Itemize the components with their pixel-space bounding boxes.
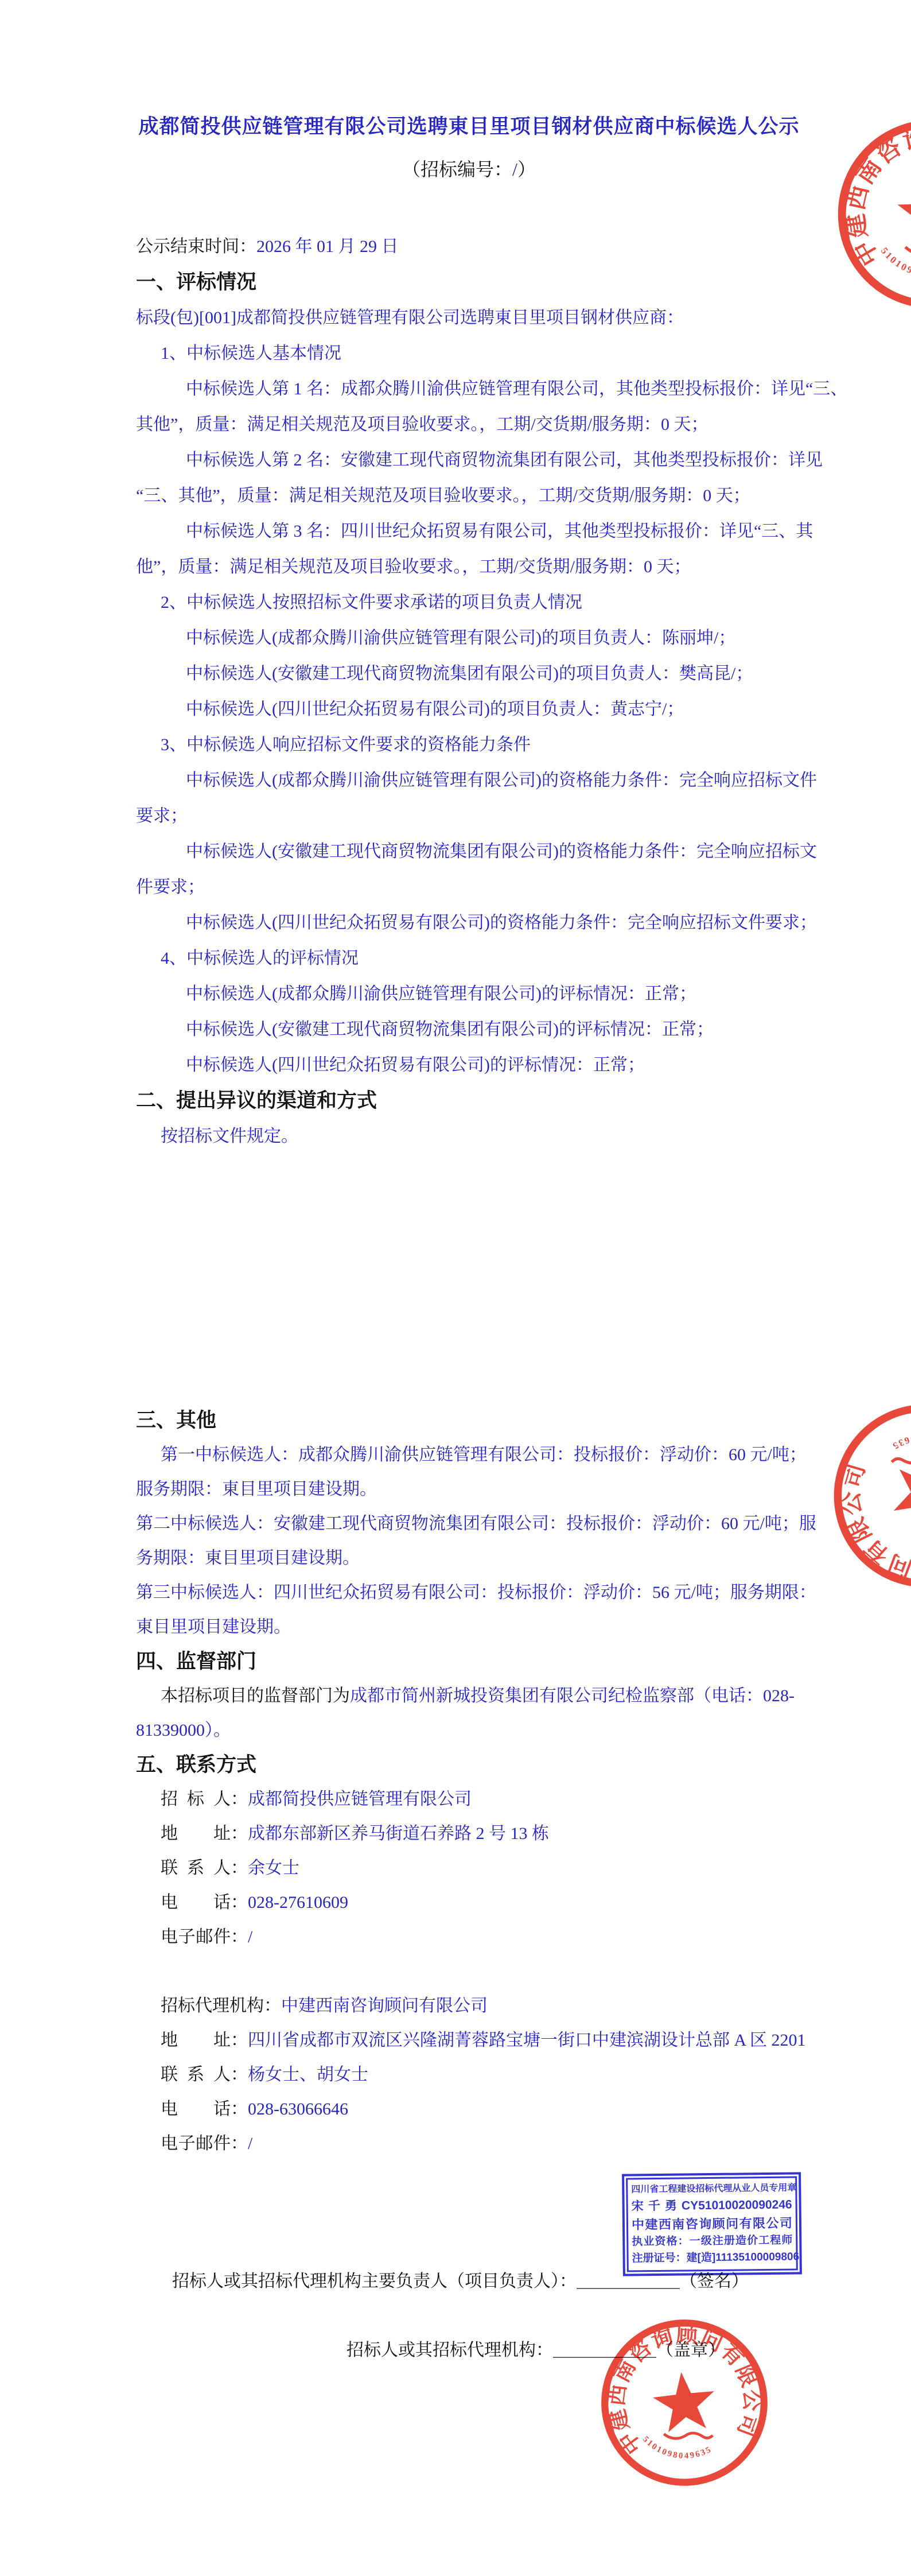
blank-line — [136, 1261, 802, 1297]
supervision-line: 本招标项目的监督部门为成都市简州新城投资集团有限公司纪检监察部（电话：028- — [136, 1679, 802, 1713]
text-run: ＿＿＿＿＿＿ — [553, 2341, 656, 2360]
agency: 招标代理机构：中建西南咨询顾问有限公司 — [136, 1989, 802, 2023]
blank-line — [136, 2299, 802, 2333]
text-run: 第一中标候选人：成都众腾川渝供应链管理有限公司：投标报价：浮动价：60 元/吨； — [161, 1445, 807, 1464]
tenderer: 招标人：成都简投供应链管理有限公司 — [136, 1782, 802, 1817]
text-run: “三、其他”，质量：满足相关规范及项目验收要求。，工期/交货期/服务期：0 天； — [136, 486, 750, 505]
announcement-page: 中建西南咨询顾问有限公司 5101098049635 成都简投供应链管理有限公司… — [0, 0, 911, 2576]
blank-line — [136, 1954, 802, 1989]
doc-line: 第一中标候选人：成都众腾川渝供应链管理有限公司：投标报价：浮动价：60 元/吨； — [136, 1438, 802, 1472]
blue-stamp-person-id: 宋 千 勇 CY51010020090246 — [632, 2198, 792, 2213]
doc-line: 中标候选人(安徽建工现代商贸物流集团有限公司)的评标情况：正常； — [136, 1012, 802, 1048]
doc-line: 他”，质量：满足相关规范及项目验收要求。，工期/交货期/服务期：0 天； — [136, 549, 802, 585]
text-run: 他”，质量：满足相关规范及项目验收要求。，工期/交货期/服务期：0 天； — [136, 557, 691, 576]
doc-line: 第三中标候选人：四川世纪众拓贸易有限公司：投标报价：浮动价：56 元/吨；服务期… — [136, 1576, 802, 1610]
doc-line: 中标候选人(成都众腾川渝供应链管理有限公司)的项目负责人：陈丽坤/； — [136, 620, 802, 656]
text-run: 二、提出异议的渠道和方式 — [136, 1089, 377, 1112]
section-1-heading: 一、评标情况 — [136, 265, 802, 300]
tender-number-value: / — [512, 159, 517, 180]
text-run: 标段(包)[001]成都简投供应链管理有限公司选聘東目里项目钢材供应商： — [136, 308, 684, 327]
blue-stamp-reg-no: 注册证号：建[造]11135100009806 — [632, 2252, 793, 2265]
text-run: 中标候选人(成都众腾川渝供应链管理有限公司)的评标情况：正常； — [186, 984, 696, 1003]
text-run: 中标候选人第 2 名：安徽建工现代商贸物流集团有限公司，其他类型投标报价：详见 — [186, 451, 823, 470]
agency-address: 地址：四川省成都市双流区兴隆湖菁蓉路宝塘一街口中建滨湖设计总部 A 区 2201 — [136, 2023, 802, 2058]
agency-email-label: 电子邮件 — [161, 2127, 231, 2161]
tenderer-contact-label: 联系人 — [161, 1851, 231, 1886]
text-run: 要求； — [136, 806, 188, 825]
sub-1-heading: 1、中标候选人基本情况 — [136, 336, 802, 371]
tenderer-label: 招标人 — [161, 1782, 231, 1817]
doc-line: 其他”，质量：满足相关规范及项目验收要求。，工期/交货期/服务期：0 天； — [136, 407, 802, 443]
doc-line: 81339000）。 — [136, 1713, 802, 1748]
agency-contact: 联系人：杨女士、胡女士 — [136, 2058, 802, 2092]
text-run: 中标候选人(安徽建工现代商贸物流集团有限公司)的评标情况：正常； — [186, 1020, 714, 1039]
section-5-heading: 五、联系方式 — [136, 1748, 802, 1782]
tender-number-line: （招标编号：/） — [136, 157, 802, 181]
text-run: 中标候选人第 3 名：四川世纪众拓贸易有限公司，其他类型投标报价：详见“三、其 — [186, 522, 813, 541]
colon: ： — [231, 1824, 248, 1843]
text-run: 第三中标候选人：四川世纪众拓贸易有限公司：投标报价：浮动价：56 元/吨；服务期… — [136, 1583, 816, 1602]
blank-line — [136, 1297, 802, 1332]
blue-stamp-qualification: 执业资格：一级注册造价工程师 — [632, 2235, 792, 2248]
text-run: （盖章） — [656, 2341, 725, 2360]
text-run: 三、其他 — [136, 1409, 216, 1431]
text-run: 2、中标候选人按照招标文件要求承诺的项目负责人情况 — [161, 593, 582, 612]
text-run: 中标候选人(四川世纪众拓贸易有限公司)的资格能力条件：完全响应招标文件要求； — [186, 913, 817, 932]
colon: ： — [231, 1790, 248, 1809]
blank-line — [136, 1154, 802, 1190]
agency-phone-value: 028-63066646 — [248, 2100, 348, 2119]
blank-line — [136, 1368, 802, 1403]
text-run: 按招标文件规定。 — [161, 1127, 298, 1146]
text-run: 中标候选人(四川世纪众拓贸易有限公司)的项目负责人：黄志宁/； — [186, 700, 684, 719]
text-run: 本招标项目的监督部门为 — [161, 1686, 350, 1705]
doc-line: 中标候选人(四川世纪众拓贸易有限公司)的资格能力条件：完全响应招标文件要求； — [136, 905, 802, 941]
colon: ： — [231, 1859, 248, 1877]
colon: ： — [231, 2031, 248, 2050]
agency-email-value: / — [248, 2134, 252, 2153]
text-run: 中标候选人(成都众腾川渝供应链管理有限公司)的项目负责人：陈丽坤/； — [186, 629, 735, 647]
text-run: 成都市简州新城投资集团有限公司纪检监察部（电话：028- — [350, 1686, 795, 1705]
publicity-end-time: 公示结束时间：2026 年 01 月 29 日 — [136, 229, 802, 265]
text-run: 81339000）。 — [136, 1721, 231, 1740]
colon: ： — [231, 2065, 248, 2084]
agency-phone: 电话：028-63066646 — [136, 2092, 802, 2127]
tenderer-value: 成都简投供应链管理有限公司 — [248, 1790, 472, 1809]
text-run: 四、监督部门 — [136, 1650, 256, 1673]
text-run: 招标人或其招标代理机构： — [347, 2341, 553, 2360]
seal-line: 招标人或其招标代理机构：＿＿＿＿＿＿（盖章） — [136, 2333, 802, 2368]
colon: ： — [231, 1893, 248, 1912]
text-run: 中标候选人(成都众腾川渝供应链管理有限公司)的资格能力条件：完全响应招标文件 — [186, 771, 817, 790]
tenderer-phone: 电话：028-27610609 — [136, 1886, 802, 1920]
text-run: 其他”，质量：满足相关规范及项目验收要求。，工期/交货期/服务期：0 天； — [136, 415, 708, 434]
text-run: 中标候选人(四川世纪众拓贸易有限公司)的评标情况：正常； — [186, 1056, 645, 1074]
text-run: 中标候选人第 1 名：成都众腾川渝供应链管理有限公司，其他类型投标报价：详见“三… — [186, 379, 847, 398]
doc-line: 中标候选人(成都众腾川渝供应链管理有限公司)的评标情况：正常； — [136, 976, 802, 1012]
sub-4-heading: 4、中标候选人的评标情况 — [136, 941, 802, 976]
blank-line — [136, 1332, 802, 1368]
tenderer-email-label: 电子邮件 — [161, 1920, 231, 1954]
doc-line: 中标候选人(成都众腾川渝供应链管理有限公司)的资格能力条件：完全响应招标文件 — [136, 763, 802, 798]
doc-line: “三、其他”，质量：满足相关规范及项目验收要求。，工期/交货期/服务期：0 天； — [136, 478, 802, 514]
section-4-heading: 四、监督部门 — [136, 1644, 802, 1679]
agent-qualification-stamp: 四川省工程建设招标代理从业人员专用章 宋 千 勇 CY5101002009024… — [622, 2172, 802, 2276]
agent-qualification-stamp-inner: 四川省工程建设招标代理从业人员专用章 宋 千 勇 CY5101002009024… — [626, 2176, 798, 2272]
tenderer-address: 地址：成都东部新区养马街道石养路 2 号 13 栋 — [136, 1817, 802, 1851]
sub-2-heading: 2、中标候选人按照招标文件要求承诺的项目负责人情况 — [136, 585, 802, 620]
blank-line — [136, 1190, 802, 1225]
tender-number-label: （招标编号： — [402, 159, 512, 180]
doc-line: 中标候选人(四川世纪众拓贸易有限公司)的评标情况：正常； — [136, 1048, 802, 1083]
agency-value: 中建西南咨询顾问有限公司 — [281, 1996, 488, 2015]
doc-line: 東目里项目建设期。 — [136, 1610, 802, 1644]
colon: ： — [231, 2100, 248, 2119]
text-run: 服务期限：東目里项目建设期。 — [136, 1480, 377, 1499]
agency-contact-label: 联系人 — [161, 2058, 231, 2092]
tenderer-phone-label: 电话 — [161, 1886, 231, 1920]
colon: ： — [231, 2134, 248, 2153]
tenderer-contact-value: 余女士 — [248, 1859, 299, 1877]
agency-email: 电子邮件：/ — [136, 2127, 802, 2161]
red-seal-middle-right — [816, 1386, 911, 1605]
doc-line: 务期限：東目里项目建设期。 — [136, 1541, 802, 1576]
text-run: 第二中标候选人：安徽建工现代商贸物流集团有限公司：投标报价：浮动价：60 元/吨… — [136, 1514, 816, 1533]
colon: ： — [231, 1927, 248, 1946]
text-run: 五、联系方式 — [136, 1753, 256, 1776]
text-run: 一、评标情况 — [136, 271, 256, 293]
section-2-heading: 二、提出异议的渠道和方式 — [136, 1083, 802, 1119]
text-run: 公示结束时间： — [136, 237, 256, 256]
tenderer-email: 电子邮件：/ — [136, 1920, 802, 1954]
doc-line: 件要求； — [136, 870, 802, 905]
text-run: 中标候选人(安徽建工现代商贸物流集团有限公司)的资格能力条件：完全响应招标文 — [186, 842, 817, 861]
text-run: 中标候选人(安徽建工现代商贸物流集团有限公司)的项目负责人：樊高昆/； — [186, 664, 753, 683]
doc-line: 要求； — [136, 798, 802, 834]
document-body: 成都简投供应链管理有限公司选聘東目里项目钢材供应商中标候选人公示 （招标编号：/… — [136, 0, 802, 2368]
text-run: 件要求； — [136, 878, 205, 897]
blank-line — [136, 1225, 802, 1261]
doc-line: 服务期限：東目里项目建设期。 — [136, 1472, 802, 1507]
doc-line: 中标候选人第 2 名：安徽建工现代商贸物流集团有限公司，其他类型投标报价：详见 — [136, 443, 802, 478]
colon: ： — [264, 1996, 281, 2015]
tenderer-phone-value: 028-27610609 — [248, 1893, 348, 1912]
tenderer-address-value: 成都东部新区养马街道石养路 2 号 13 栋 — [248, 1824, 549, 1843]
section-3-heading: 三、其他 — [136, 1403, 802, 1438]
doc-line: 中标候选人第 1 名：成都众腾川渝供应链管理有限公司，其他类型投标报价：详见“三… — [136, 371, 802, 407]
agency-contact-value: 杨女士、胡女士 — [248, 2065, 368, 2084]
doc-section-page1: 公示结束时间：2026 年 01 月 29 日一、评标情况标段(包)[001]成… — [136, 229, 802, 1403]
tenderer-contact: 联系人：余女士 — [136, 1851, 802, 1886]
tenderer-address-label: 地址 — [161, 1817, 231, 1851]
doc-line: 第二中标候选人：安徽建工现代商贸物流集团有限公司：投标报价：浮动价：60 元/吨… — [136, 1507, 802, 1541]
text-run: 東目里项目建设期。 — [136, 1617, 291, 1636]
agency-address-value: 四川省成都市双流区兴隆湖菁蓉路宝塘一街口中建滨湖设计总部 A 区 2201 — [248, 2031, 806, 2050]
text-run: 3、中标候选人响应招标文件要求的资格能力条件 — [161, 735, 531, 754]
text-run: 招标人或其招标代理机构主要负责人（项目负责人）： — [172, 2272, 577, 2291]
doc-line: 中标候选人(安徽建工现代商贸物流集团有限公司)的项目负责人：樊高昆/； — [136, 656, 802, 692]
agency-label: 招标代理机构 — [161, 1989, 264, 2023]
sub-3-heading: 3、中标候选人响应招标文件要求的资格能力条件 — [136, 727, 802, 763]
text-run: 1、中标候选人基本情况 — [161, 344, 341, 363]
tender-number-close: ） — [517, 159, 536, 180]
lot-line: 标段(包)[001]成都简投供应链管理有限公司选聘東目里项目钢材供应商： — [136, 300, 802, 336]
text-run: 2026 年 01 月 29 日 — [256, 237, 399, 256]
agency-phone-label: 电话 — [161, 2092, 231, 2127]
blue-stamp-title: 四川省工程建设招标代理从业人员专用章 — [631, 2184, 792, 2195]
objection-line: 按招标文件规定。 — [136, 1119, 802, 1154]
doc-line: 中标候选人第 3 名：四川世纪众拓贸易有限公司，其他类型投标报价：详见“三、其 — [136, 514, 802, 549]
doc-line: 中标候选人(安徽建工现代商贸物流集团有限公司)的资格能力条件：完全响应招标文 — [136, 834, 802, 870]
text-run: 4、中标候选人的评标情况 — [161, 949, 359, 968]
agency-address-label: 地址 — [161, 2023, 231, 2058]
blue-stamp-company: 中建西南咨询顾问有限公司 — [632, 2216, 792, 2231]
doc-line: 中标候选人(四川世纪众拓贸易有限公司)的项目负责人：黄志宁/； — [136, 692, 802, 727]
text-run: 务期限：東目里项目建设期。 — [136, 1549, 360, 1568]
page-title: 成都简投供应链管理有限公司选聘東目里项目钢材供应商中标候选人公示 — [136, 114, 802, 140]
tenderer-email-value: / — [248, 1927, 252, 1946]
red-seal-top-right — [835, 117, 911, 312]
